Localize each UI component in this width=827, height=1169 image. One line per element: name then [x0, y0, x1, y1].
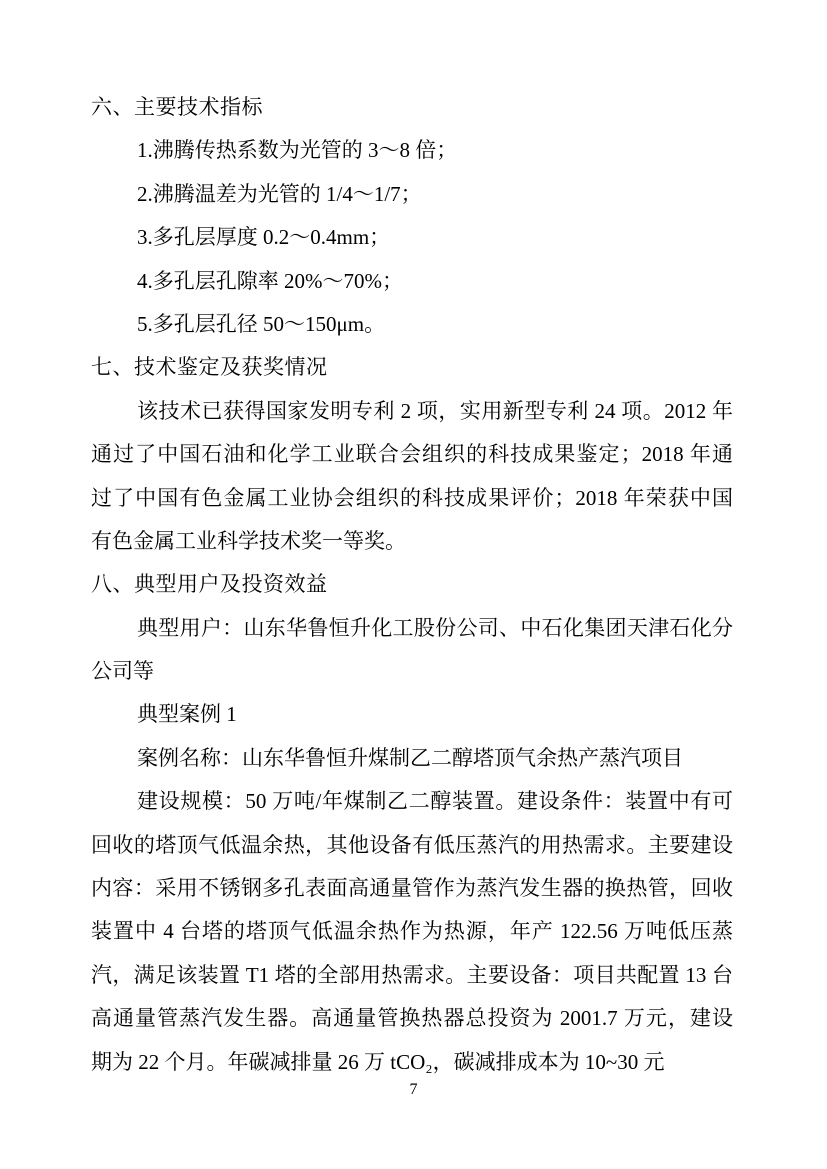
paragraph-line: 典型案例 1 [91, 693, 733, 736]
paragraph-line: 过了中国有色金属工业协会组织的科技成果评价；2018 年荣获中国 [91, 477, 733, 520]
paragraph-line: 汽，满足该装置 T1 塔的全部用热需求。主要设备：项目共配置 13 台 [91, 954, 733, 997]
paragraph-line: 有色金属工业科学技术奖一等奖。 [91, 520, 733, 563]
section-heading: 七、技术鉴定及获奖情况 [91, 346, 733, 389]
paragraph-line: 公司等 [91, 650, 733, 693]
paragraph-line: 典型用户：山东华鲁恒升化工股份公司、中石化集团天津石化分 [91, 607, 733, 650]
paragraph-line: 装置中 4 台塔的塔顶气低温余热作为热源，年产 122.56 万吨低压蒸 [91, 910, 733, 953]
paragraph-line: 建设规模：50 万吨/年煤制乙二醇装置。建设条件：装置中有可 [91, 780, 733, 823]
page-number: 7 [0, 1080, 827, 1100]
paragraph-line: 内容：采用不锈钢多孔表面高通量管作为蒸汽发生器的换热管，回收 [91, 867, 733, 910]
paragraph-line: 回收的塔顶气低温余热，其他设备有低压蒸汽的用热需求。主要建设 [91, 824, 733, 867]
list-item: 4.多孔层孔隙率 20%～70%； [91, 260, 733, 303]
paragraph-line: 案例名称：山东华鲁恒升煤制乙二醇塔顶气余热产蒸汽项目 [91, 737, 733, 780]
list-item: 3.多孔层厚度 0.2～0.4mm； [91, 216, 733, 259]
section-heading: 八、典型用户及投资效益 [91, 563, 733, 606]
section-heading: 六、主要技术指标 [91, 86, 733, 129]
document-page: 六、主要技术指标 1.沸腾传热系数为光管的 3～8 倍； 2.沸腾温差为光管的 … [0, 0, 827, 1169]
paragraph-line: 通过了中国石油和化学工业联合会组织的科技成果鉴定；2018 年通 [91, 433, 733, 476]
document-body: 六、主要技术指标 1.沸腾传热系数为光管的 3～8 倍； 2.沸腾温差为光管的 … [91, 86, 733, 1084]
paragraph-line: 期为 22 个月。年碳减排量 26 万 tCO₂，碳减排成本为 10~30 元 [91, 1041, 733, 1084]
paragraph-line: 该技术已获得国家发明专利 2 项，实用新型专利 24 项。2012 年 [91, 390, 733, 433]
list-item: 5.多孔层孔径 50～150μm。 [91, 303, 733, 346]
list-item: 2.沸腾温差为光管的 1/4～1/7； [91, 173, 733, 216]
list-item: 1.沸腾传热系数为光管的 3～8 倍； [91, 129, 733, 172]
paragraph-line: 高通量管蒸汽发生器。高通量管换热器总投资为 2001.7 万元，建设 [91, 997, 733, 1040]
